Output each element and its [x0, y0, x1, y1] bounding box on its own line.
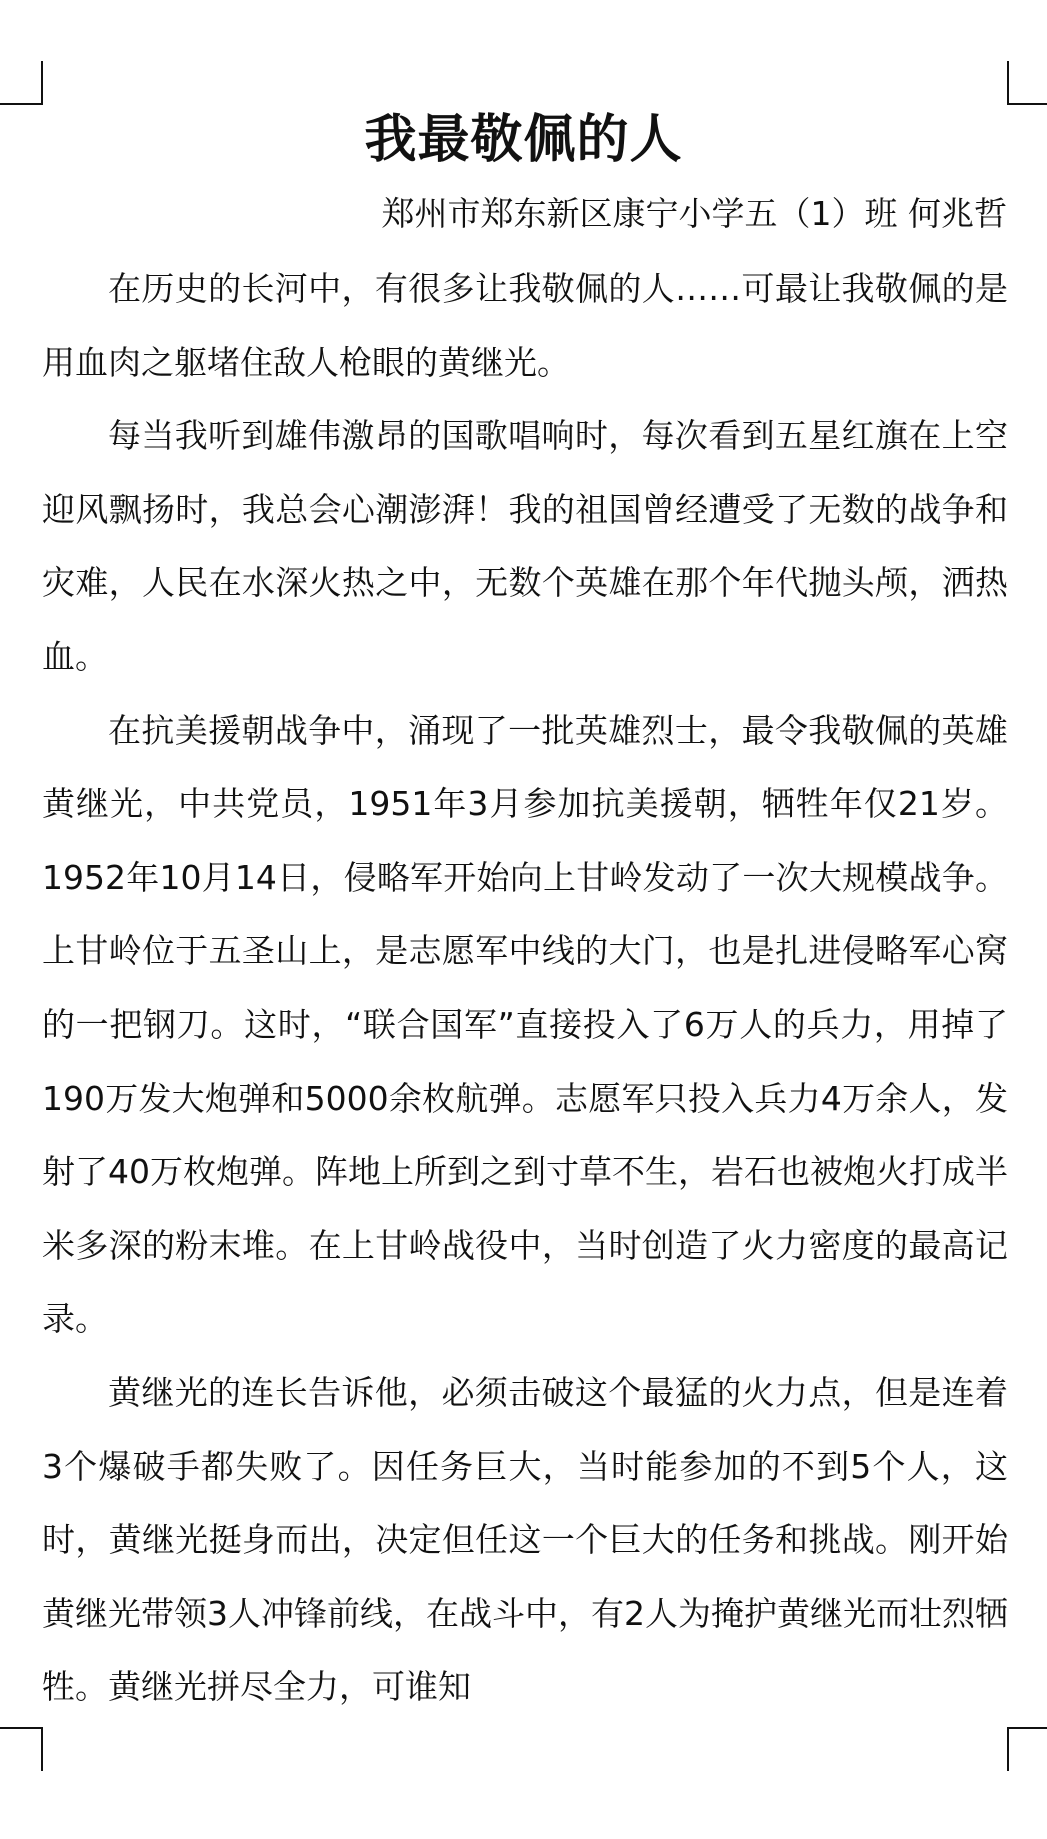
- author-byline: 郑州市郑东新区康宁小学五（1）班 何兆哲: [382, 190, 1008, 238]
- crop-mark-bottom-left-horizontal: [0, 1727, 43, 1729]
- paragraph: 在抗美援朝战争中，涌现了一批英雄烈士，最令我敬佩的英雄黄继光，中共党员，1951…: [42, 694, 1008, 1356]
- crop-mark-bottom-right-vertical: [1007, 1727, 1009, 1771]
- document-body: 在历史的长河中，有很多让我敬佩的人……可最让我敬佩的是用血肉之躯堵住敌人枪眼的黄…: [42, 252, 1008, 1724]
- crop-mark-top-left-vertical: [41, 61, 43, 105]
- crop-mark-top-left-horizontal: [0, 103, 43, 105]
- paragraph: 每当我听到雄伟激昂的国歌唱响时，每次看到五星红旗在上空迎风飘扬时，我总会心潮澎湃…: [42, 399, 1008, 693]
- crop-mark-top-right-horizontal: [1007, 103, 1047, 105]
- crop-mark-bottom-right-horizontal: [1007, 1727, 1047, 1729]
- paragraph: 在历史的长河中，有很多让我敬佩的人……可最让我敬佩的是用血肉之躯堵住敌人枪眼的黄…: [42, 252, 1008, 399]
- crop-mark-bottom-left-vertical: [41, 1727, 43, 1771]
- crop-mark-top-right-vertical: [1007, 61, 1009, 105]
- paragraph: 黄继光的连长告诉他，必须击破这个最猛的火力点，但是连着3个爆破手都失败了。因任务…: [42, 1356, 1008, 1724]
- document-title: 我最敬佩的人: [0, 108, 1047, 172]
